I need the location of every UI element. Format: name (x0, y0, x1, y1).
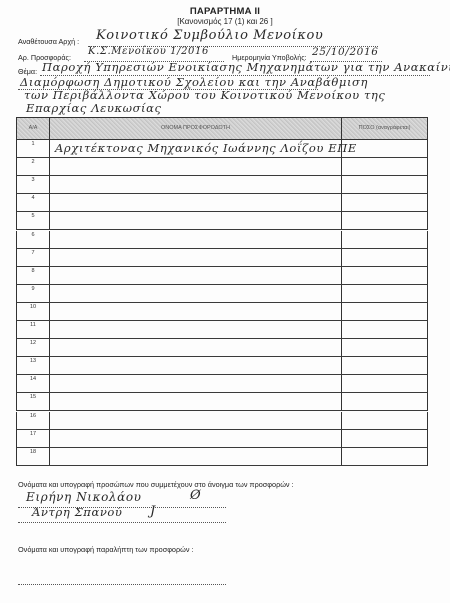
column-divider (341, 393, 342, 410)
table-row: 5 (16, 212, 428, 230)
column-divider (49, 267, 50, 284)
row-number: 6 (17, 232, 49, 238)
column-divider (49, 339, 50, 356)
openers-signature-label: Ονόματα και υπογραφή προσώπων που συμμετ… (18, 480, 294, 489)
column-divider (49, 194, 50, 211)
column-divider (49, 321, 50, 338)
column-divider (341, 412, 342, 429)
row-number: 4 (17, 195, 49, 201)
table-row: 15 (16, 393, 428, 411)
table-row: 8 (16, 267, 428, 285)
row-number: 9 (17, 286, 49, 292)
row-number: 14 (17, 376, 49, 382)
column-divider (49, 249, 50, 266)
subject-line-2: Διαμόρφωση Δημοτικού Σχολείου και την Αν… (20, 75, 368, 89)
column-divider (341, 158, 342, 175)
row-number: 7 (17, 250, 49, 256)
tender-number-value: Κ.Σ.Μενοίκου 1/2016 (88, 46, 209, 57)
table-row: 16 (16, 412, 428, 430)
column-divider (49, 176, 50, 193)
column-divider (49, 375, 50, 392)
row-number: 5 (17, 213, 49, 219)
row-number: 12 (17, 340, 49, 346)
column-divider (49, 448, 50, 465)
column-divider (49, 430, 50, 447)
submission-date-value: 25/10/2016 (312, 46, 379, 58)
table-row: 13 (16, 357, 428, 375)
opener-signature-line-2 (18, 522, 226, 523)
row-number: 10 (17, 304, 49, 310)
table-row: 3 (16, 176, 428, 194)
tender-opening-form-page: ΠΑΡΑΡΤΗΜΑ ΙΙ [Κανονισμός 17 (1) και 26 ]… (0, 0, 450, 603)
opener-name-2: Άντρη Σπανού (32, 505, 123, 519)
column-divider (341, 267, 342, 284)
row-number: 16 (17, 413, 49, 419)
form-title: ΠΑΡΑΡΤΗΜΑ ΙΙ (0, 6, 450, 17)
table-row: 4 (16, 194, 428, 212)
row-number: 15 (17, 394, 49, 400)
column-header-number: Α/Α (17, 118, 49, 139)
bidders-table-header: Α/Α ΟΝΟΜΑ ΠΡΟΣΦΟΡΟΔΟΤΗ ΠΟΣΟ (αναγράφεται… (16, 117, 428, 140)
contracting-authority-value: Κοινοτικό Συμβούλιο Μενοίκου (96, 28, 323, 43)
row-number: 18 (17, 449, 49, 455)
column-divider (341, 303, 342, 320)
table-row: 10 (16, 303, 428, 321)
column-divider (49, 285, 50, 302)
column-divider (341, 321, 342, 338)
column-divider (341, 194, 342, 211)
table-row: 6 (16, 231, 428, 249)
column-divider (341, 176, 342, 193)
subject-line-4: Επαρχίας Λευκωσίας (26, 101, 162, 115)
table-row: 18 (16, 448, 428, 466)
column-divider (49, 412, 50, 429)
contracting-authority-field: Αναθέτουσα Αρχή : (18, 37, 79, 46)
column-divider (341, 140, 342, 157)
column-divider (49, 303, 50, 320)
table-row: 7 (16, 249, 428, 267)
column-divider (341, 357, 342, 374)
row-number: 3 (17, 177, 49, 183)
receiver-signature-label: Ονόματα και υπογραφή παραλήπτη των προσφ… (18, 545, 194, 554)
row-number: 17 (17, 431, 49, 437)
column-divider (49, 393, 50, 410)
column-divider (49, 158, 50, 175)
column-divider (49, 231, 50, 248)
table-row: 11 (16, 321, 428, 339)
subject-line-3: των Περιβάλλοντα Χώρου του Κοινοτικού Με… (24, 88, 385, 102)
opener-signature-2: J (150, 504, 156, 519)
column-divider (49, 140, 50, 157)
column-divider (49, 212, 50, 229)
table-row: 1Αρχιτέκτονας Μηχανικός Ιωάννης Λοΐζου Ε… (16, 140, 428, 158)
row-number: 1 (17, 141, 49, 147)
contracting-authority-label: Αναθέτουσα Αρχή : (18, 37, 79, 46)
column-header-bidder-name: ΟΝΟΜΑ ΠΡΟΣΦΟΡΟΔΟΤΗ (50, 118, 341, 139)
bidder-name: Αρχιτέκτονας Μηχανικός Ιωάννης Λοΐζου ΕΠ… (55, 141, 357, 155)
table-row: 2 (16, 158, 428, 176)
row-number: 8 (17, 268, 49, 274)
row-number: 2 (17, 159, 49, 165)
form-subtitle: [Κανονισμός 17 (1) και 26 ] (0, 17, 450, 26)
column-divider (341, 339, 342, 356)
opener-name-1: Ειρήνη Νικολάου (26, 490, 142, 504)
row-number: 13 (17, 358, 49, 364)
table-row: 12 (16, 339, 428, 357)
column-divider (341, 430, 342, 447)
opener-signature-1: Ø (190, 488, 201, 503)
column-divider (341, 212, 342, 229)
subject-line-1: Παροχή Υπηρεσιών Ενοικίασης Μηχανημάτων … (42, 60, 450, 74)
column-divider (341, 375, 342, 392)
column-divider (341, 285, 342, 302)
column-divider (341, 249, 342, 266)
column-divider (49, 357, 50, 374)
table-row: 14 (16, 375, 428, 393)
column-divider (341, 448, 342, 465)
column-header-amount: ΠΟΣΟ (αναγράφεται) (342, 118, 427, 139)
table-row: 9 (16, 285, 428, 303)
row-number: 11 (17, 322, 49, 328)
receiver-signature-line (18, 584, 226, 585)
table-row: 17 (16, 430, 428, 448)
column-divider (341, 231, 342, 248)
